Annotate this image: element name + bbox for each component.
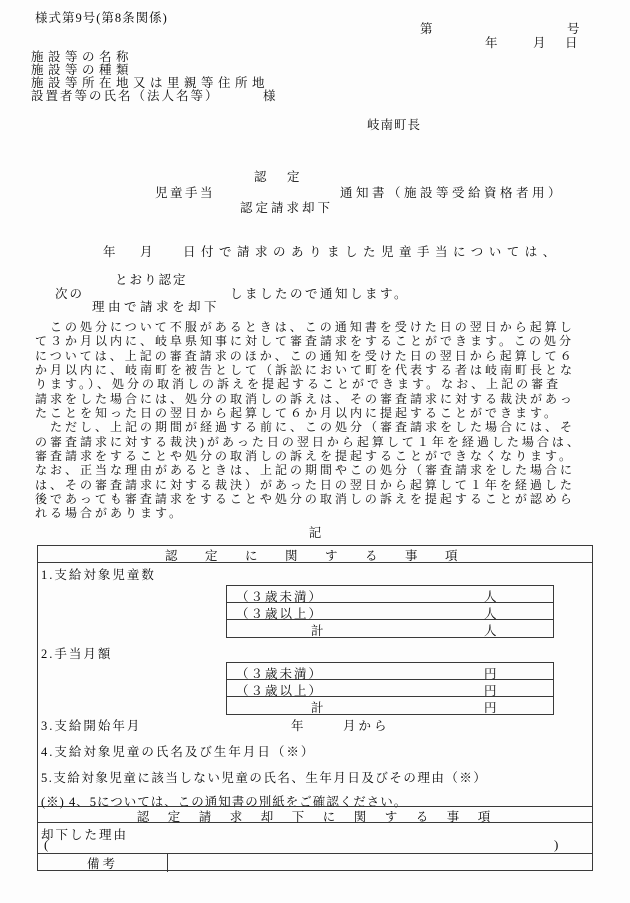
item1-label: 1.支給対象児童数: [41, 565, 156, 583]
appeal-paragraph: この処分について不服があるときは、この通知書を受けた日の翌日から起算し て３か月…: [35, 320, 610, 521]
owner-name-label: 設置者等の氏名（法人名等）: [31, 90, 220, 104]
honorific-label: 様: [263, 90, 276, 104]
notify-lead: 次の: [55, 288, 84, 302]
paragraph-line: の審査請求に対する裁決)があった日の翌日から起算して１年を経過した場合は、: [35, 435, 610, 449]
doc-title-prefix: 児童手当: [155, 187, 215, 201]
paragraph-line: は、その審査請求に対する裁決）があった日の翌日から起算して１年を経過した: [35, 478, 610, 492]
item5-label: 5.支給対象児童に該当しない児童の氏名、生年月日及びその理由（※）: [41, 768, 487, 786]
row-unit: 円: [484, 698, 498, 716]
notify-option-rejected: 理由で請求を却下: [92, 301, 220, 315]
start-month-label: 月から: [343, 716, 390, 734]
item2-label: 2.手当月額: [41, 644, 112, 662]
paragraph-line: たことを知った日の翌日から起算して６か月以内に提起することができます。: [35, 406, 610, 420]
amount-row-under3: （３歳未満） 円: [227, 663, 553, 680]
item3-label: 3.支給開始年月: [41, 716, 141, 734]
remarks-label-cell: 備考: [38, 854, 168, 872]
paragraph-line: なお、正当な理由があるときは、上記の期間やこの処分（審査請求をした場合に: [35, 463, 610, 477]
paragraph-line: 請求をした場合には、処分の取消しの訴えは、その審査請求に対する裁決があっ: [35, 392, 610, 406]
doc-title-suffix: 通知書（施設等受給資格者用）: [340, 187, 564, 201]
notice-document: 様式第9号(第8条関係) 第 号 年 月 日 施設等の名称 施設等の種類 施設等…: [0, 0, 630, 903]
title-option-approved: 認 定: [254, 171, 304, 185]
row-unit: 人: [484, 621, 498, 639]
row-label: 計: [311, 698, 326, 716]
form-number: 様式第9号(第8条関係): [35, 12, 168, 26]
count-row-total: 計 人: [227, 620, 553, 637]
date-month-label: 月: [533, 37, 546, 51]
notify-option-approved: とおり認定: [115, 274, 188, 288]
amount-row-total: 計 円: [227, 697, 553, 714]
amount-row-over3: （３歳以上） 円: [227, 680, 553, 697]
paragraph-line: ただし、上記の期間が経過する前に、この処分（審査請求をした場合には、そ: [35, 420, 610, 434]
remarks-label: 備考: [87, 854, 118, 872]
paragraph-line: この処分について不服があるときは、この通知書を受けた日の翌日から起算し: [35, 320, 610, 334]
row-label: 計: [311, 621, 326, 639]
count-row-under3: （３歳未満） 人: [227, 586, 553, 603]
reason-paren-open: (: [44, 837, 50, 853]
paragraph-line: ります。）、処分の取消しの訴えを提起することができます。なお、上記の審査: [35, 377, 610, 391]
item4-label: 4.支給対象児童の氏名及び生年月日（※）: [41, 742, 315, 760]
paragraph-line: れる場合があります。: [35, 506, 610, 520]
doc-number-suffix: 号: [567, 23, 580, 37]
count-row-over3: （３歳以上） 人: [227, 603, 553, 620]
remarks-row: 備考: [38, 853, 592, 872]
paragraph-line: て３か月以内に、岐阜県知事に対して審査請求をすることができます。この処分: [35, 334, 610, 348]
child-count-table: （３歳未満） 人 （３歳以上） 人 計 人: [226, 585, 554, 638]
title-option-rejected: 認定請求却下: [240, 202, 333, 216]
issuer-name: 岐南町長: [367, 119, 421, 133]
reason-paren-close: ): [554, 837, 560, 853]
request-month-label: 月: [140, 246, 153, 260]
notify-tail: しましたので通知します。: [230, 288, 409, 302]
paragraph-line: か月以内に、岐南町を被告として（訴訟において町を代表する者は岐南町長とな: [35, 363, 610, 377]
start-year-label: 年: [291, 716, 304, 734]
doc-number-prefix: 第: [420, 23, 433, 37]
approval-table-header: 認 定 に 関 す る 事 項: [38, 546, 592, 563]
request-year-label: 年: [103, 246, 116, 260]
date-year-label: 年: [485, 37, 498, 51]
ki-mark: 記: [0, 527, 630, 541]
paragraph-line: については、上記の審査請求のほか、この通知を受けた日の翌日から起算して６: [35, 349, 610, 363]
paragraph-line: 審査請求をすることや処分の取消しの訴えを提起することができなくなります。: [35, 449, 610, 463]
rejection-reason-label: 却下した理由: [41, 825, 128, 843]
approval-table: 認 定 に 関 す る 事 項 1.支給対象児童数 （３歳未満） 人 （３歳以上…: [37, 545, 593, 871]
rejection-table-header: 認 定 請 求 却 下 に 関 す る 事 項: [38, 806, 592, 823]
date-day-label: 日: [565, 37, 578, 51]
paragraph-line: 後であっても審査請求をすることや処分の取消しの訴えを提起することが認めら: [35, 492, 610, 506]
request-line-text: 日付で請求のありました児童手当については、: [183, 246, 561, 260]
monthly-amount-table: （３歳未満） 円 （３歳以上） 円 計 円: [226, 662, 554, 715]
